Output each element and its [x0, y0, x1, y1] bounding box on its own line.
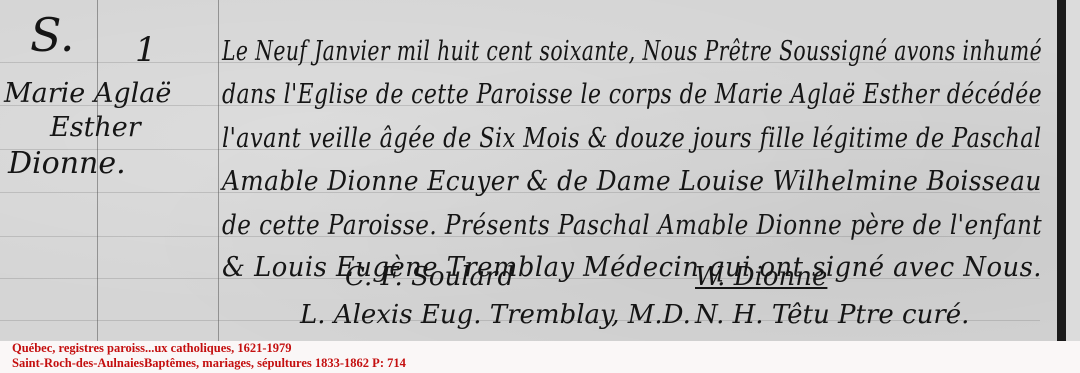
record-line: Amable Dionne Ecuyer & de Dame Louise Wi…: [222, 166, 1042, 197]
entry-code: S.: [30, 8, 75, 62]
record-line: dans l'Eglise de cette Paroisse le corps…: [222, 79, 1042, 110]
signature: L. Alexis Eug. Tremblay, M.D.: [300, 300, 691, 330]
signature: N. H. Têtu Ptre curé.: [695, 300, 969, 330]
signature: W. Dionne: [695, 262, 827, 292]
record-line: de cette Paroisse. Présents Paschal Amab…: [222, 210, 1042, 241]
margin-name-line: Esther: [50, 112, 141, 143]
adjacent-page-edge: [1066, 0, 1080, 341]
page-binding: [1057, 0, 1066, 341]
entry-number: 1: [135, 30, 157, 70]
signature: C. F. Soulard: [345, 262, 514, 292]
record-line: l'avant veille âgée de Six Mois & douze …: [222, 123, 1042, 154]
source-caption: Québec, registres paroiss...ux catholiqu…: [12, 341, 1072, 371]
register-scan: S. 1 Marie Aglaë Esther Dionne. Le Neuf …: [0, 0, 1080, 341]
record-line: Le Neuf Janvier mil huit cent soixante, …: [222, 36, 1042, 67]
margin-rule: [218, 0, 219, 341]
margin-name-line: Dionne.: [8, 146, 126, 181]
caption-register: Saint-Roch-des-AulnaiesBaptêmes, mariage…: [12, 356, 1072, 371]
caption-collection: Québec, registres paroiss...ux catholiqu…: [12, 341, 1072, 356]
margin-name-line: Marie Aglaë: [4, 78, 171, 109]
